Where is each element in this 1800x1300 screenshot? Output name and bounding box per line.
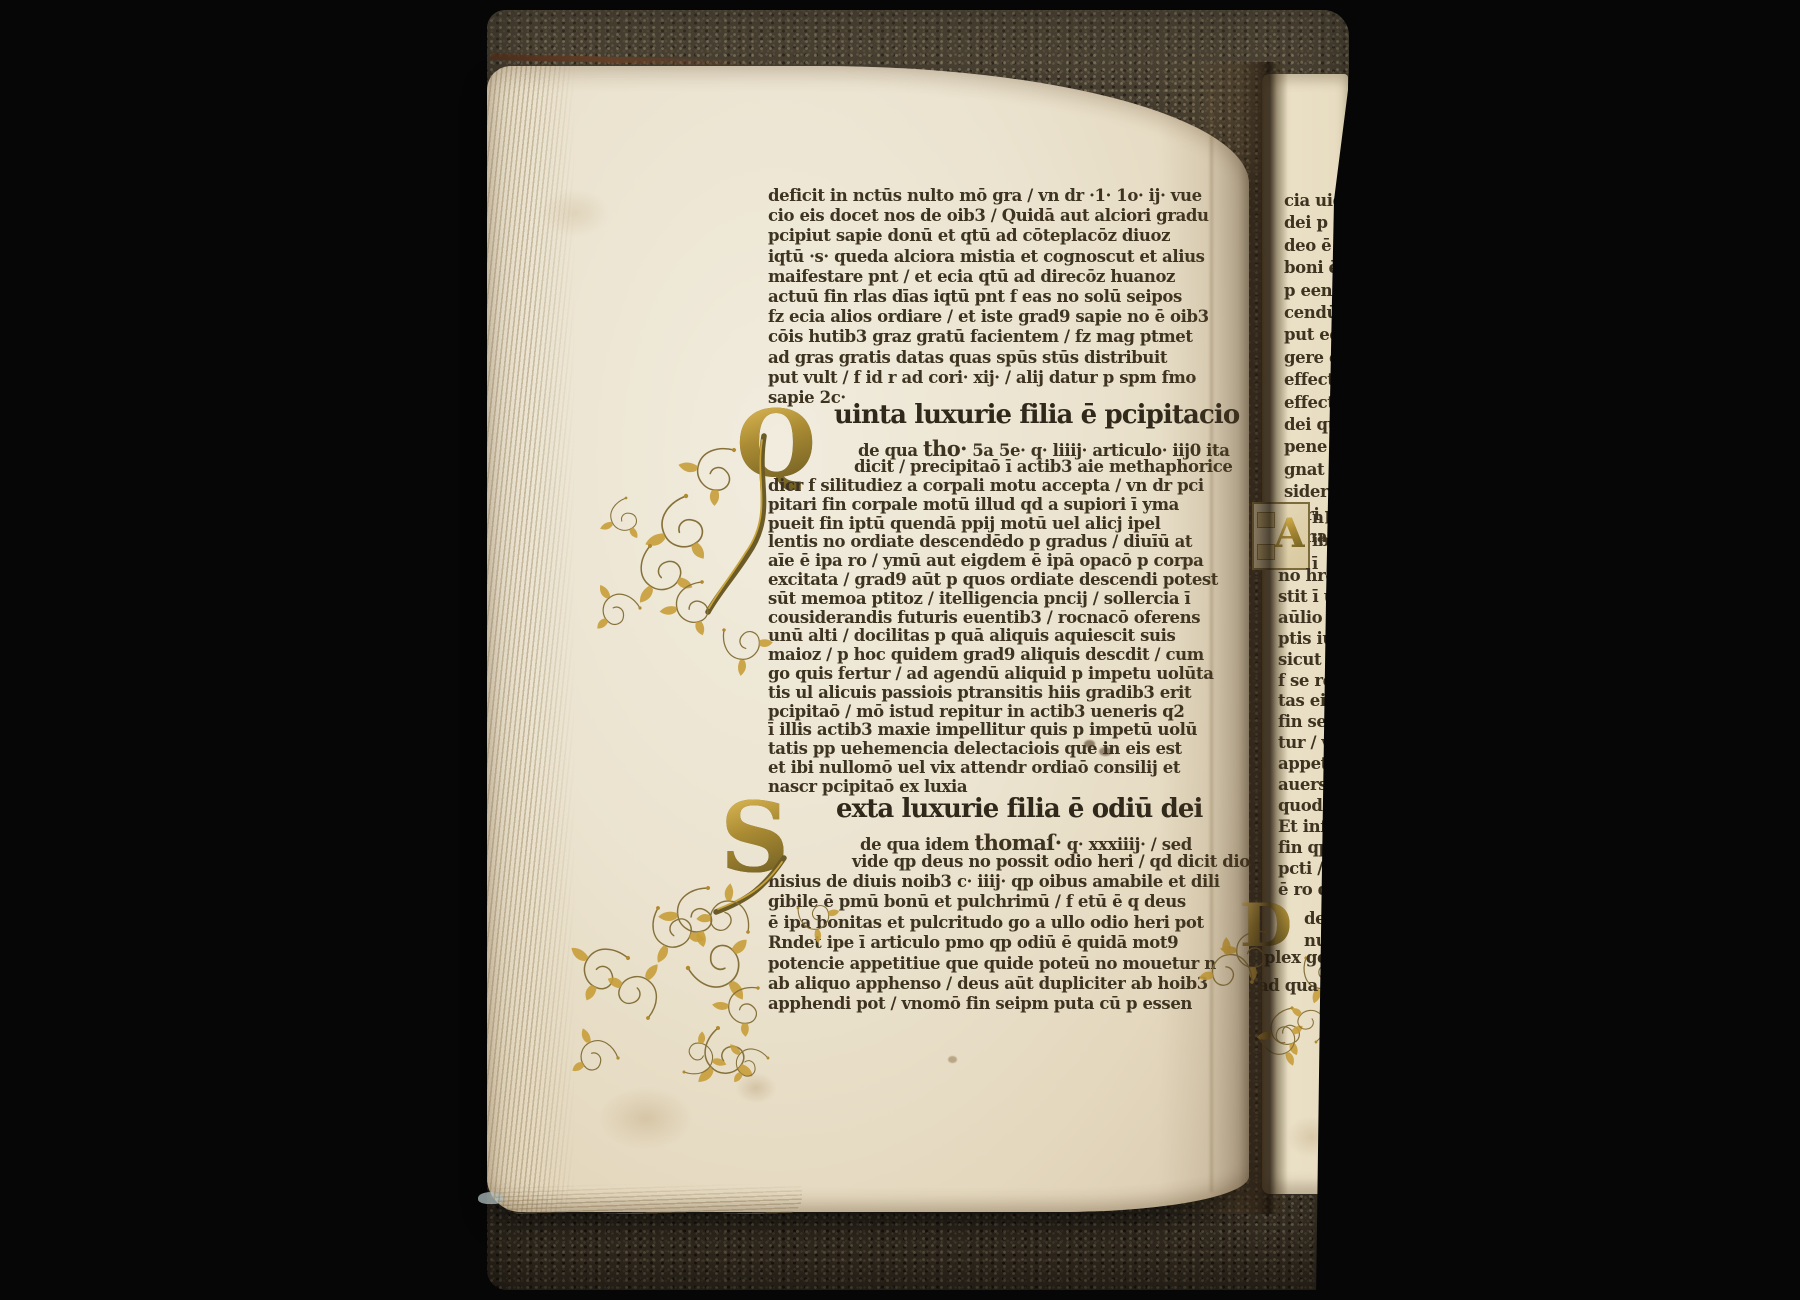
initial-frame-cell xyxy=(1257,544,1275,560)
section-heading-quinta: uinta luxurie filia ē pcipitacio xyxy=(834,400,1239,430)
manuscript-text-line: actuū fin rlas dīas iqtū pnt f eas no so… xyxy=(768,287,1209,307)
manuscript-text-line: dicit / precipitaō ī actib3 aie methapho… xyxy=(854,458,1232,477)
text-block-intro: deficit in nctūs nulto mō gra / vn dr ·1… xyxy=(768,186,1209,408)
manuscript-text-line: iqtū ·s· queda alciora mistia et cognosc… xyxy=(768,247,1209,267)
manuscript-text-line: pcipiut sapie donū et qtū ad cōteplacōz … xyxy=(768,226,1209,246)
ink-smudge xyxy=(948,1056,957,1063)
text-block-s1: dicr f silitudiez a corpali motu accepta… xyxy=(768,477,1218,797)
manuscript-text-line: pueit fin iptū quendā ppij motū uel alic… xyxy=(768,515,1218,534)
photo-right-edge xyxy=(1290,0,1800,1300)
manuscript-text-line: aīe ē ipa ro / ymū aut eigdem ē ipā opac… xyxy=(768,552,1218,571)
framed-initial-letter: A xyxy=(1274,514,1305,554)
section-heading-sexta: exta luxurie filia ē odiū dei xyxy=(836,794,1202,824)
right-page-stub-lines: nibī xyxy=(1312,506,1329,575)
manuscript-photo: deficit in nctūs nulto mō gra / vn dr ·1… xyxy=(0,0,1800,1300)
manuscript-text-line: fz ecia alios ordiare / et iste grad9 sa… xyxy=(768,307,1209,327)
manuscript-text-line: go quis fertur / ad agendū aliquid p imp… xyxy=(768,665,1218,684)
manuscript-text-line: sūt memoa ptitoz / itelligencia pncij / … xyxy=(768,590,1218,609)
initial-frame-cell xyxy=(1257,512,1275,528)
illuminated-initial-framed: A xyxy=(1252,502,1310,570)
penwork-flourish-bottom-left xyxy=(588,848,844,1092)
illuminated-initial-d: D xyxy=(1240,896,1292,956)
text-block-s1-indent: dicit / precipitaō ī actib3 aie methapho… xyxy=(854,458,1232,477)
manuscript-text-line: put vult / f id r ad cori· xij· / alij d… xyxy=(768,368,1209,388)
manuscript-text-line: ib xyxy=(1312,529,1329,552)
manuscript-text-line: cio eis docet nos de oib3 / Quidā aut al… xyxy=(768,206,1209,226)
manuscript-text-line: unū alti / docilitas p quā aliquis aquie… xyxy=(768,627,1218,646)
manuscript-text-line: tatis pp uehemencia delectaciois que in … xyxy=(768,740,1218,759)
manuscript-text-line: dicr f silitudiez a corpali motu accepta… xyxy=(768,477,1218,496)
manuscript-text-line: ī illis actib3 maxie impellitur quis p i… xyxy=(768,721,1218,740)
penwork-flourish-initial-q xyxy=(606,386,786,670)
manuscript-text-line: lentis no ordiate descendēdo p gradus / … xyxy=(768,533,1218,552)
manuscript-text-line: cousiderandis futuris euentib3 / rocnacō… xyxy=(768,609,1218,628)
page-stack-bottom-edge xyxy=(492,1184,802,1214)
manuscript-text-line: ad gras gratis datas quas spūs stūs dist… xyxy=(768,348,1209,368)
manuscript-text-line: pcipitaō / mō istud repitur in actib3 ue… xyxy=(768,703,1218,722)
manuscript-text-line: n xyxy=(1312,506,1329,529)
manuscript-text-line: excitata / grad9 aūt p quos ordiate desc… xyxy=(768,571,1218,590)
manuscript-text-line: tis ul alicuis passiois ptransitis hiis … xyxy=(768,684,1218,703)
manuscript-text-line: maifestare pnt / et ecia qtū ad direcōz … xyxy=(768,267,1209,287)
manuscript-text-line: cōis hutib3 graz gratū facientem / fz ma… xyxy=(768,327,1209,347)
manuscript-text-line: deficit in nctūs nulto mō gra / vn dr ·1… xyxy=(768,186,1209,206)
text-block-s2-indent: vide qp deus no possit odio heri / qd di… xyxy=(852,852,1250,872)
manuscript-text-line: pitari fin corpale motū illud qd a supio… xyxy=(768,496,1218,515)
manuscript-text-line: maioz / p hoc quidem grad9 aliquis descd… xyxy=(768,646,1218,665)
manuscript-text-line: vide qp deus no possit odio heri / qd di… xyxy=(852,852,1250,872)
manuscript-text-line: et ibi nullomō uel vix attendr ordiaō co… xyxy=(768,759,1218,778)
page-stack-fore-edge xyxy=(487,66,575,1212)
